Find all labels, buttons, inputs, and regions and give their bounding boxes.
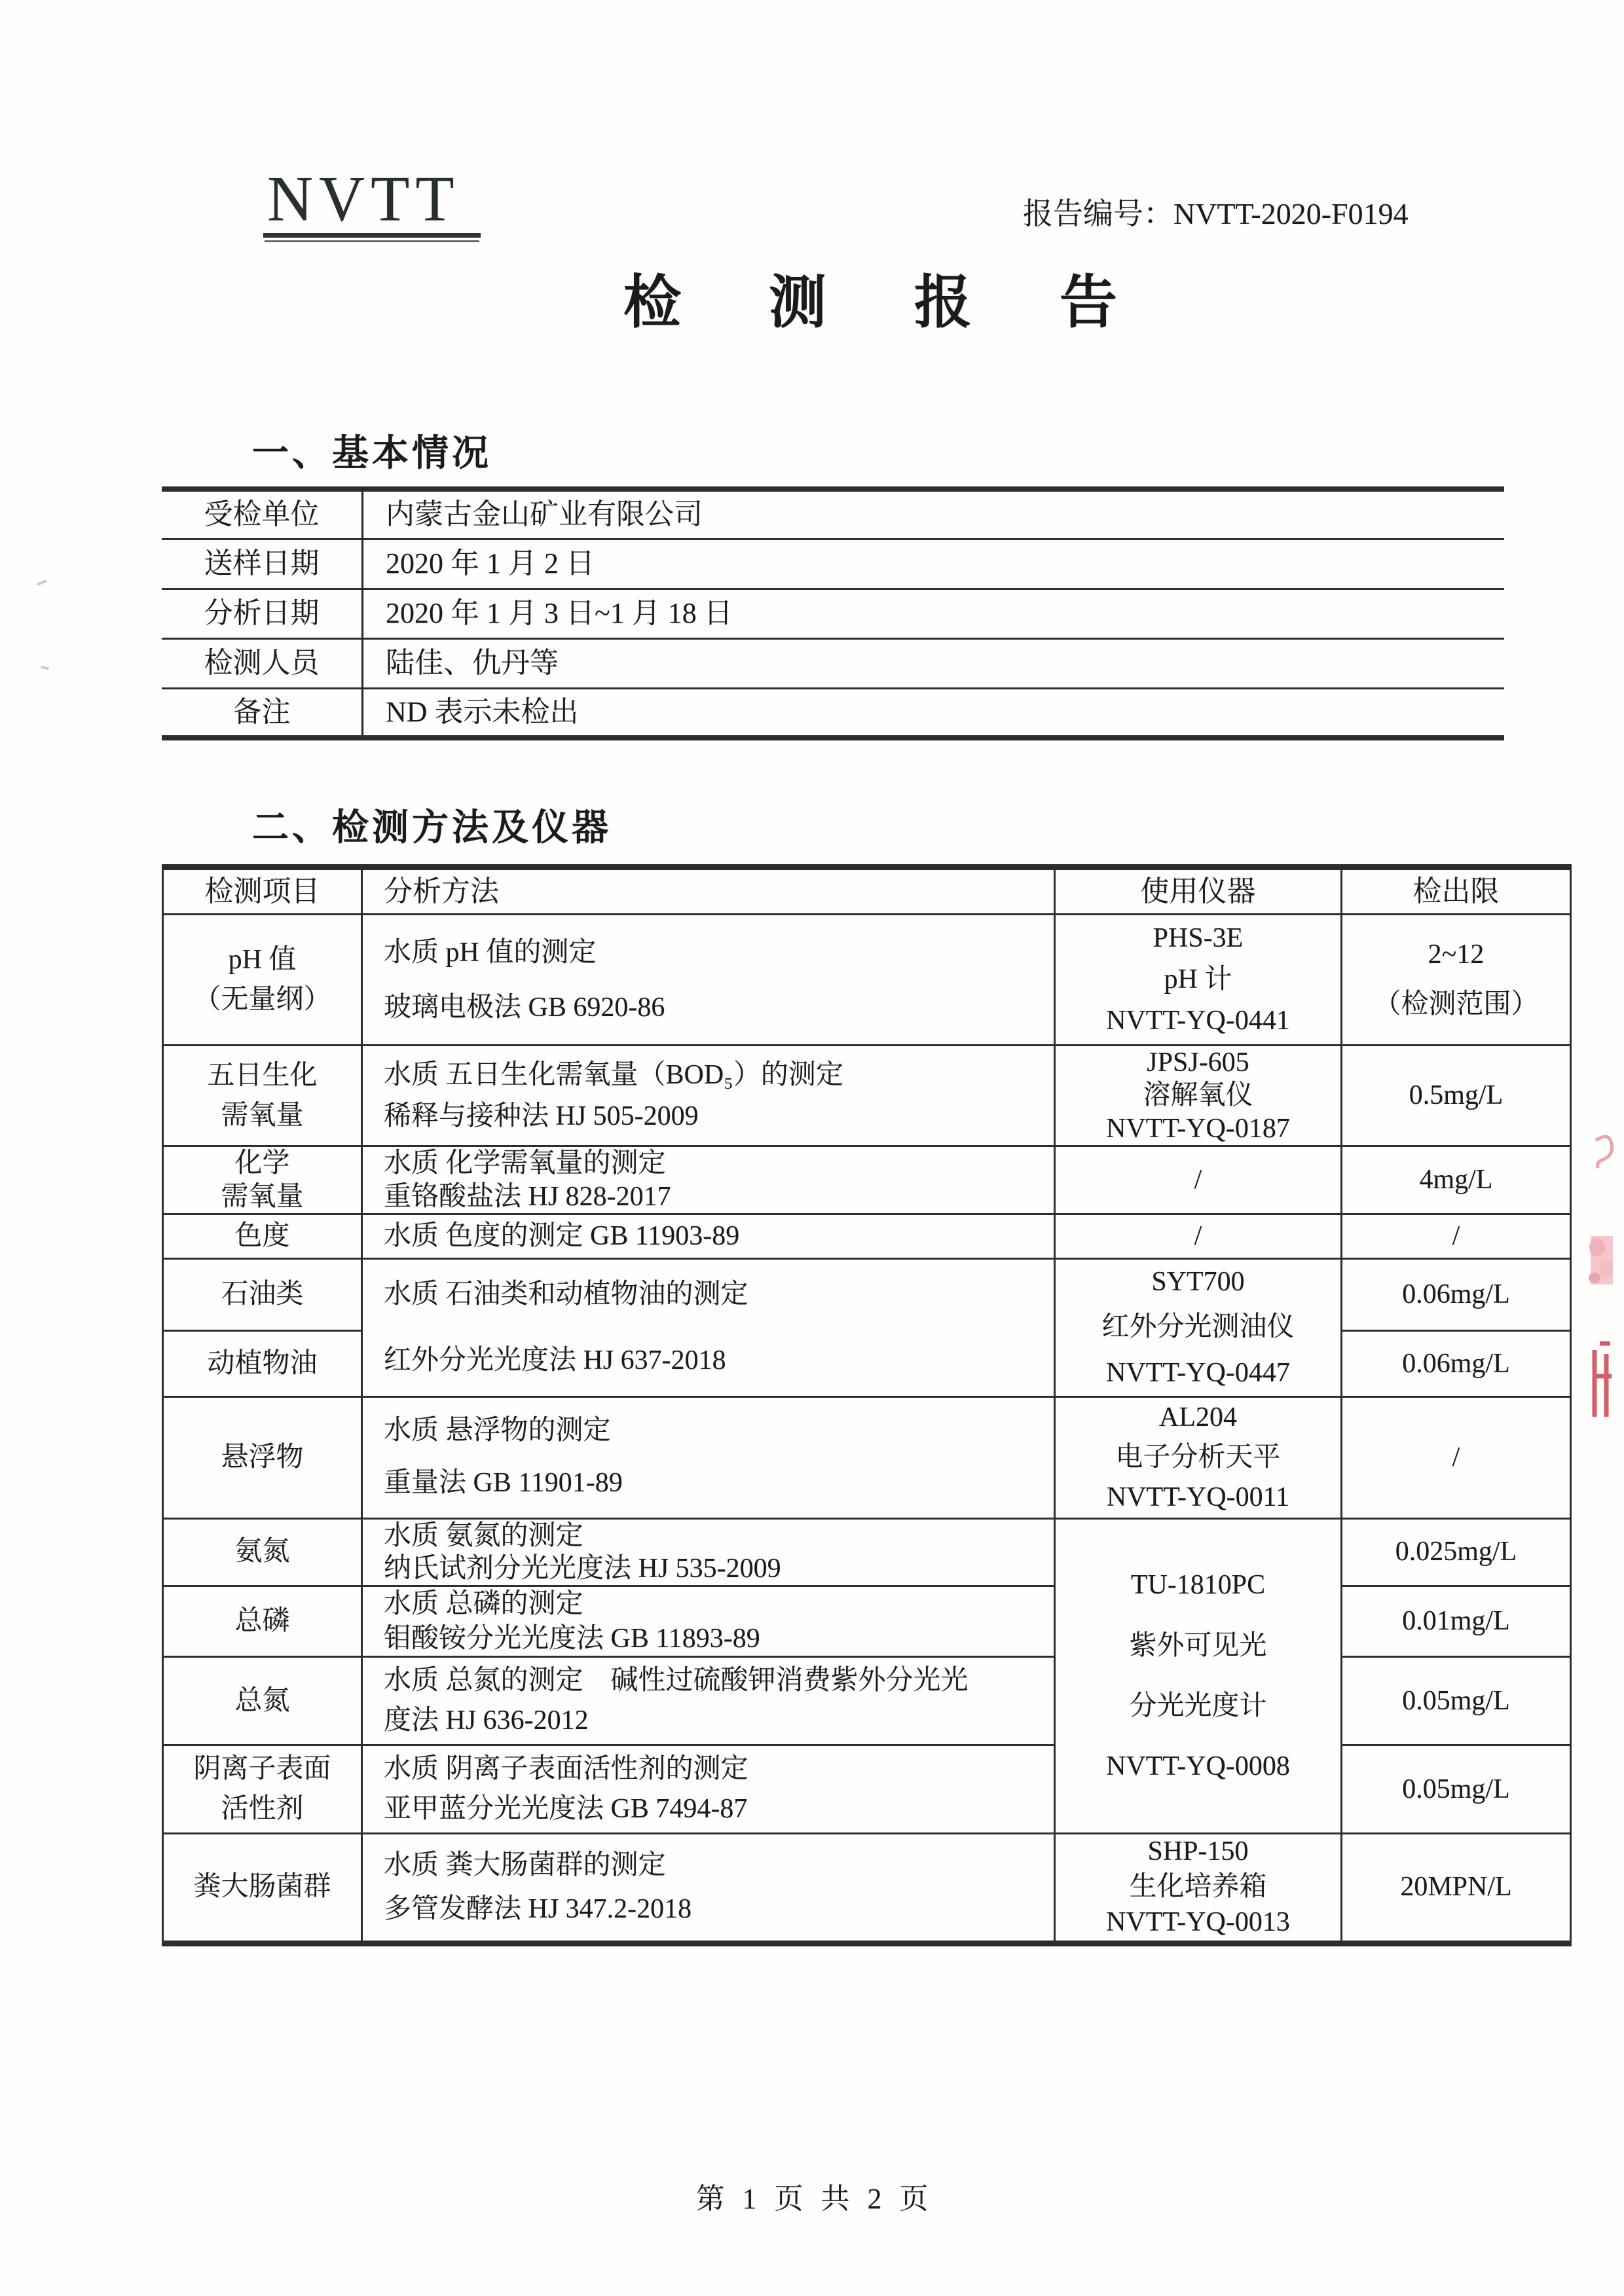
column-header-limit: 检出限 xyxy=(1342,867,1571,915)
limit-cell: 0.06mg/L xyxy=(1342,1331,1571,1396)
item-cell: 动植物油 xyxy=(163,1331,362,1396)
method-cell: 水质 总氮的测定 碱性过硫酸钾消费紫外分光光 度法 HJ 636-2012 xyxy=(362,1657,1055,1745)
row-label: 受检单位 xyxy=(162,489,363,539)
table-row-anionic-surfactant: 阴离子表面 活性剂 水质 阴离子表面活性剂的测定 亚甲蓝分光光度法 GB 749… xyxy=(163,1745,1571,1834)
row-value: 2020 年 1 月 3 日~1 月 18 日 xyxy=(363,589,1505,638)
limit-cell: 0.01mg/L xyxy=(1342,1586,1571,1657)
instrument-cell: SYT700 红外分光测油仪 NVTT-YQ-0447 xyxy=(1055,1258,1342,1396)
item-cell: 总氮 xyxy=(163,1657,362,1745)
logo-underline xyxy=(263,233,481,238)
method-cell: 水质 粪大肠菌群的测定 多管发酵法 HJ 347.2-2018 xyxy=(362,1834,1055,1943)
row-label: 检测人员 xyxy=(162,638,363,688)
table-row: 分析日期 2020 年 1 月 3 日~1 月 18 日 xyxy=(162,589,1504,638)
row-value: 陆佳、仇丹等 xyxy=(363,638,1505,688)
method-cell: 水质 氨氮的测定 纳氏试剂分光光度法 HJ 535-2009 xyxy=(362,1518,1055,1586)
report-page: NVTT 报告编号：NVTT-2020-F0194 检 测 报 告 一、基本情况… xyxy=(0,0,1624,2296)
item-cell: 粪大肠菌群 xyxy=(163,1834,362,1943)
basic-info-table: 受检单位 内蒙古金山矿业有限公司 送样日期 2020 年 1 月 2 日 分析日… xyxy=(162,486,1504,740)
row-label: 备注 xyxy=(162,688,363,738)
report-number: 报告编号：NVTT-2020-F0194 xyxy=(1023,190,1409,233)
method-cell: 水质 色度的测定 GB 11903-89 xyxy=(362,1214,1055,1258)
limit-cell: 4mg/L xyxy=(1342,1146,1571,1214)
table-header-row: 检测项目 分析方法 使用仪器 检出限 xyxy=(163,867,1571,915)
limit-cell: / xyxy=(1342,1396,1571,1518)
method-cell: 水质 石油类和动植物油的测定 红外分光光度法 HJ 637-2018 xyxy=(362,1258,1055,1396)
table-row-total-nitrogen: 总氮 水质 总氮的测定 碱性过硫酸钾消费紫外分光光 度法 HJ 636-2012… xyxy=(163,1657,1571,1745)
row-value: ND 表示未检出 xyxy=(363,688,1505,738)
section2-heading: 二、检测方法及仪器 xyxy=(252,799,612,851)
item-cell: 氨氮 xyxy=(163,1518,362,1586)
page-number: 第 1 页 共 2 页 xyxy=(696,2175,929,2217)
item-cell: 总磷 xyxy=(163,1586,362,1657)
table-row-ammonia: 氨氮 水质 氨氮的测定 纳氏试剂分光光度法 HJ 535-2009 TU-181… xyxy=(163,1518,1571,1586)
row-label: 送样日期 xyxy=(162,539,363,589)
instrument-cell: / xyxy=(1055,1146,1342,1214)
method-cell: 水质 pH 值的测定 玻璃电极法 GB 6920-86 xyxy=(362,915,1055,1046)
table-row: 送样日期 2020 年 1 月 2 日 xyxy=(162,539,1504,589)
row-value: 2020 年 1 月 2 日 xyxy=(363,539,1505,589)
nvtt-logo: NVTT xyxy=(267,162,460,236)
limit-cell: 0.025mg/L xyxy=(1342,1518,1571,1586)
table-row: 检测人员 陆佳、仇丹等 xyxy=(162,638,1504,688)
scan-artifact xyxy=(37,579,47,586)
table-row-petroleum: 石油类 水质 石油类和动植物油的测定 红外分光光度法 HJ 637-2018 S… xyxy=(163,1258,1571,1330)
limit-cell: / xyxy=(1342,1214,1571,1258)
item-cell: 五日生化 需氧量 xyxy=(163,1046,362,1146)
instrument-cell: AL204 电子分析天平 NVTT-YQ-0011 xyxy=(1055,1396,1342,1518)
row-value: 内蒙古金山矿业有限公司 xyxy=(363,489,1505,539)
limit-cell: 0.06mg/L xyxy=(1342,1258,1571,1330)
limit-cell: 2~12 （检测范围） xyxy=(1342,915,1571,1046)
column-header-instrument: 使用仪器 xyxy=(1055,867,1342,915)
scan-artifact xyxy=(41,665,50,670)
limit-cell: 0.5mg/L xyxy=(1342,1046,1571,1146)
method-cell: 水质 悬浮物的测定 重量法 GB 11901-89 xyxy=(362,1396,1055,1518)
method-cell: 水质 阴离子表面活性剂的测定 亚甲蓝分光光度法 GB 7494-87 xyxy=(362,1745,1055,1834)
section1-heading: 一、基本情况 xyxy=(252,424,492,477)
table-row-fecal-coliform: 粪大肠菌群 水质 粪大肠菌群的测定 多管发酵法 HJ 347.2-2018 SH… xyxy=(163,1834,1571,1943)
column-header-method: 分析方法 xyxy=(362,867,1055,915)
table-row-bod: 五日生化 需氧量 水质 五日生化需氧量（BOD₅）的测定 稀释与接种法 HJ 5… xyxy=(163,1046,1571,1146)
instrument-cell: PHS-3E pH 计 NVTT-YQ-0441 xyxy=(1055,915,1342,1046)
instrument-cell: TU-1810PC 紫外可见光 分光光度计 NVTT-YQ-0008 xyxy=(1055,1518,1342,1834)
table-row-ph: pH 值 （无量纲） 水质 pH 值的测定 玻璃电极法 GB 6920-86 P… xyxy=(163,915,1571,1046)
item-cell: 阴离子表面 活性剂 xyxy=(163,1745,362,1834)
item-cell: 石油类 xyxy=(163,1258,362,1330)
logo-underline-thin xyxy=(265,240,479,242)
method-cell: 水质 化学需氧量的测定 重铬酸盐法 HJ 828-2017 xyxy=(362,1146,1055,1214)
page-title: 检 测 报 告 xyxy=(623,257,1154,339)
limit-cell: 20MPN/L xyxy=(1342,1834,1571,1943)
item-cell: 色度 xyxy=(163,1214,362,1258)
instrument-cell: SHP-150 生化培养箱 NVTT-YQ-0013 xyxy=(1055,1834,1342,1943)
table-row: 备注 ND 表示未检出 xyxy=(162,688,1504,738)
column-header-item: 检测项目 xyxy=(163,867,362,915)
instrument-cell: / xyxy=(1055,1214,1342,1258)
limit-cell: 0.05mg/L xyxy=(1342,1745,1571,1834)
table-row-cod: 化学 需氧量 水质 化学需氧量的测定 重铬酸盐法 HJ 828-2017 / 4… xyxy=(163,1146,1571,1214)
methods-table: 检测项目 分析方法 使用仪器 检出限 pH 值 （无量纲） 水质 pH 值的测定… xyxy=(162,864,1572,1946)
red-stamp-fragment-icon xyxy=(1575,1113,1624,1440)
item-cell: pH 值 （无量纲） xyxy=(163,915,362,1046)
row-label: 分析日期 xyxy=(162,589,363,638)
instrument-cell: JPSJ-605 溶解氧仪 NVTT-YQ-0187 xyxy=(1055,1046,1342,1146)
table-row-suspended-solids: 悬浮物 水质 悬浮物的测定 重量法 GB 11901-89 AL204 电子分析… xyxy=(163,1396,1571,1518)
table-row-color: 色度 水质 色度的测定 GB 11903-89 / / xyxy=(163,1214,1571,1258)
method-cell: 水质 五日生化需氧量（BOD₅）的测定 稀释与接种法 HJ 505-2009 xyxy=(362,1046,1055,1146)
item-cell: 化学 需氧量 xyxy=(163,1146,362,1214)
item-cell: 悬浮物 xyxy=(163,1396,362,1518)
limit-cell: 0.05mg/L xyxy=(1342,1657,1571,1745)
table-row: 受检单位 内蒙古金山矿业有限公司 xyxy=(162,489,1504,539)
method-cell: 水质 总磷的测定 钼酸铵分光光度法 GB 11893-89 xyxy=(362,1586,1055,1657)
table-row-total-phosphorus: 总磷 水质 总磷的测定 钼酸铵分光光度法 GB 11893-89 0.01mg/… xyxy=(163,1586,1571,1657)
